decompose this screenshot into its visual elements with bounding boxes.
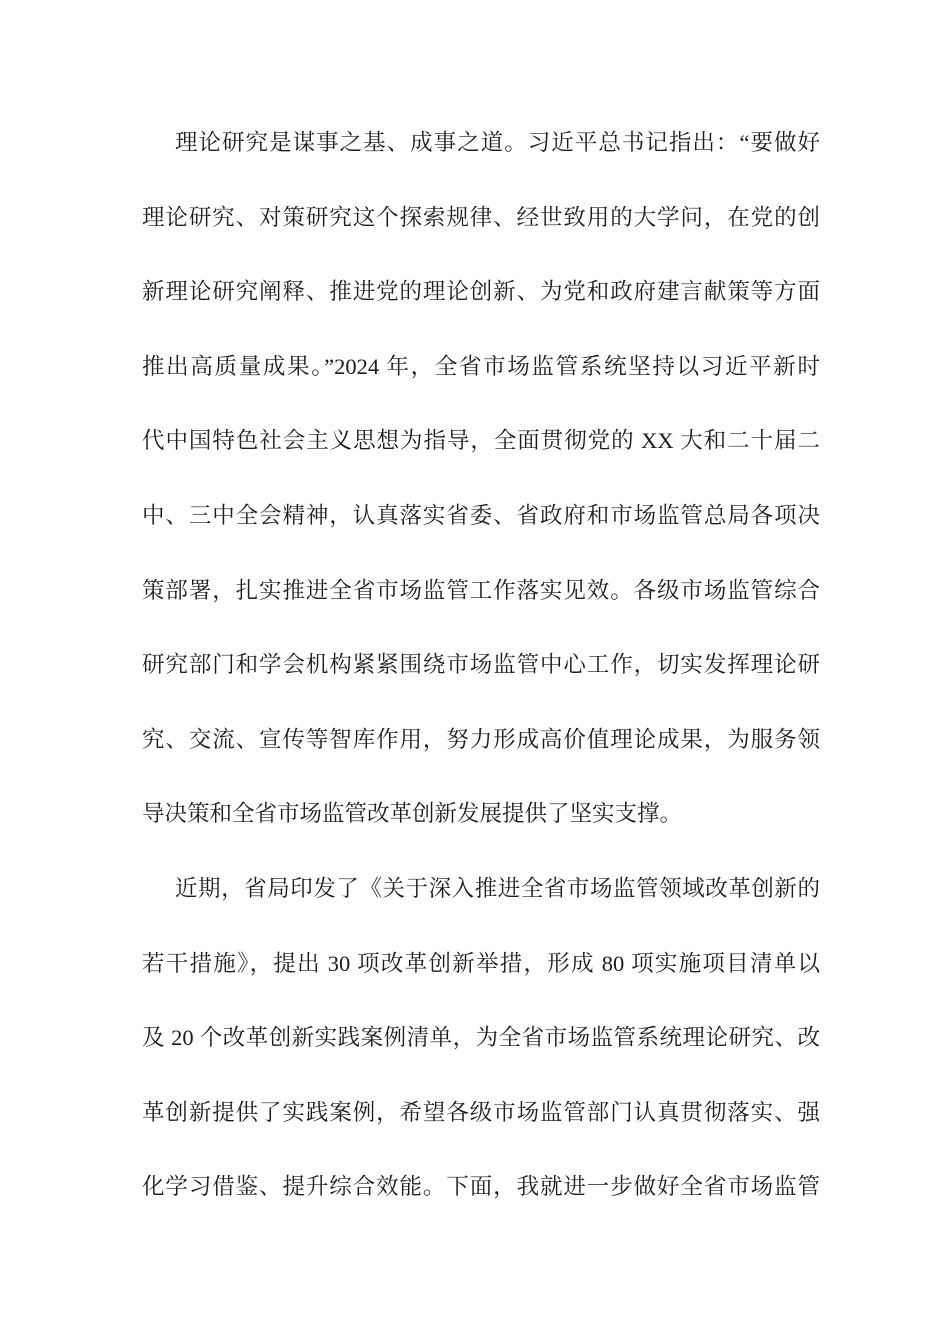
document-page: 理论研究是谋事之基、成事之道。习近平总书记指出：“要做好 理论研究、对策研究这个… — [0, 0, 950, 1344]
text-line: 革创新提供了实践案例，希望各级市场监管部门认真贯彻落实、强 — [142, 1076, 820, 1151]
text-line: 策部署，扎实推进全省市场监管工作落实见效。各级市场监管综合 — [142, 554, 820, 629]
document-content: 理论研究是谋事之基、成事之道。习近平总书记指出：“要做好 理论研究、对策研究这个… — [142, 106, 820, 1225]
paragraph-1: 理论研究是谋事之基、成事之道。习近平总书记指出：“要做好 理论研究、对策研究这个… — [142, 106, 820, 852]
text-line: 推出高质量成果。”2024 年，全省市场监管系统坚持以习近平新时 — [142, 330, 820, 405]
text-line: 研究部门和学会机构紧紧围绕市场监管中心工作，切实发挥理论研 — [142, 628, 820, 703]
text-line: 理论研究、对策研究这个探索规律、经世致用的大学问，在党的创 — [142, 181, 820, 256]
text-line: 化学习借鉴、提升综合效能。下面，我就进一步做好全省市场监管 — [142, 1150, 820, 1225]
text-line: 理论研究是谋事之基、成事之道。习近平总书记指出：“要做好 — [142, 106, 820, 181]
text-line: 若干措施》，提出 30 项改革创新举措，形成 80 项实施项目清单以 — [142, 927, 820, 1002]
text-line: 导决策和全省市场监管改革创新发展提供了坚实支撑。 — [142, 777, 820, 852]
paragraph-2: 近期，省局印发了《关于深入推进全省市场监管领域改革创新的 若干措施》，提出 30… — [142, 852, 820, 1225]
text-line: 及 20 个改革创新实践案例清单，为全省市场监管系统理论研究、改 — [142, 1001, 820, 1076]
text-line: 中、三中全会精神，认真落实省委、省政府和市场监管总局各项决 — [142, 479, 820, 554]
text-line: 新理论研究阐释、推进党的理论创新、为党和政府建言献策等方面 — [142, 255, 820, 330]
text-line: 代中国特色社会主义思想为指导，全面贯彻党的 XX 大和二十届二 — [142, 404, 820, 479]
text-line: 究、交流、宣传等智库作用，努力形成高价值理论成果，为服务领 — [142, 703, 820, 778]
text-line: 近期，省局印发了《关于深入推进全省市场监管领域改革创新的 — [142, 852, 820, 927]
